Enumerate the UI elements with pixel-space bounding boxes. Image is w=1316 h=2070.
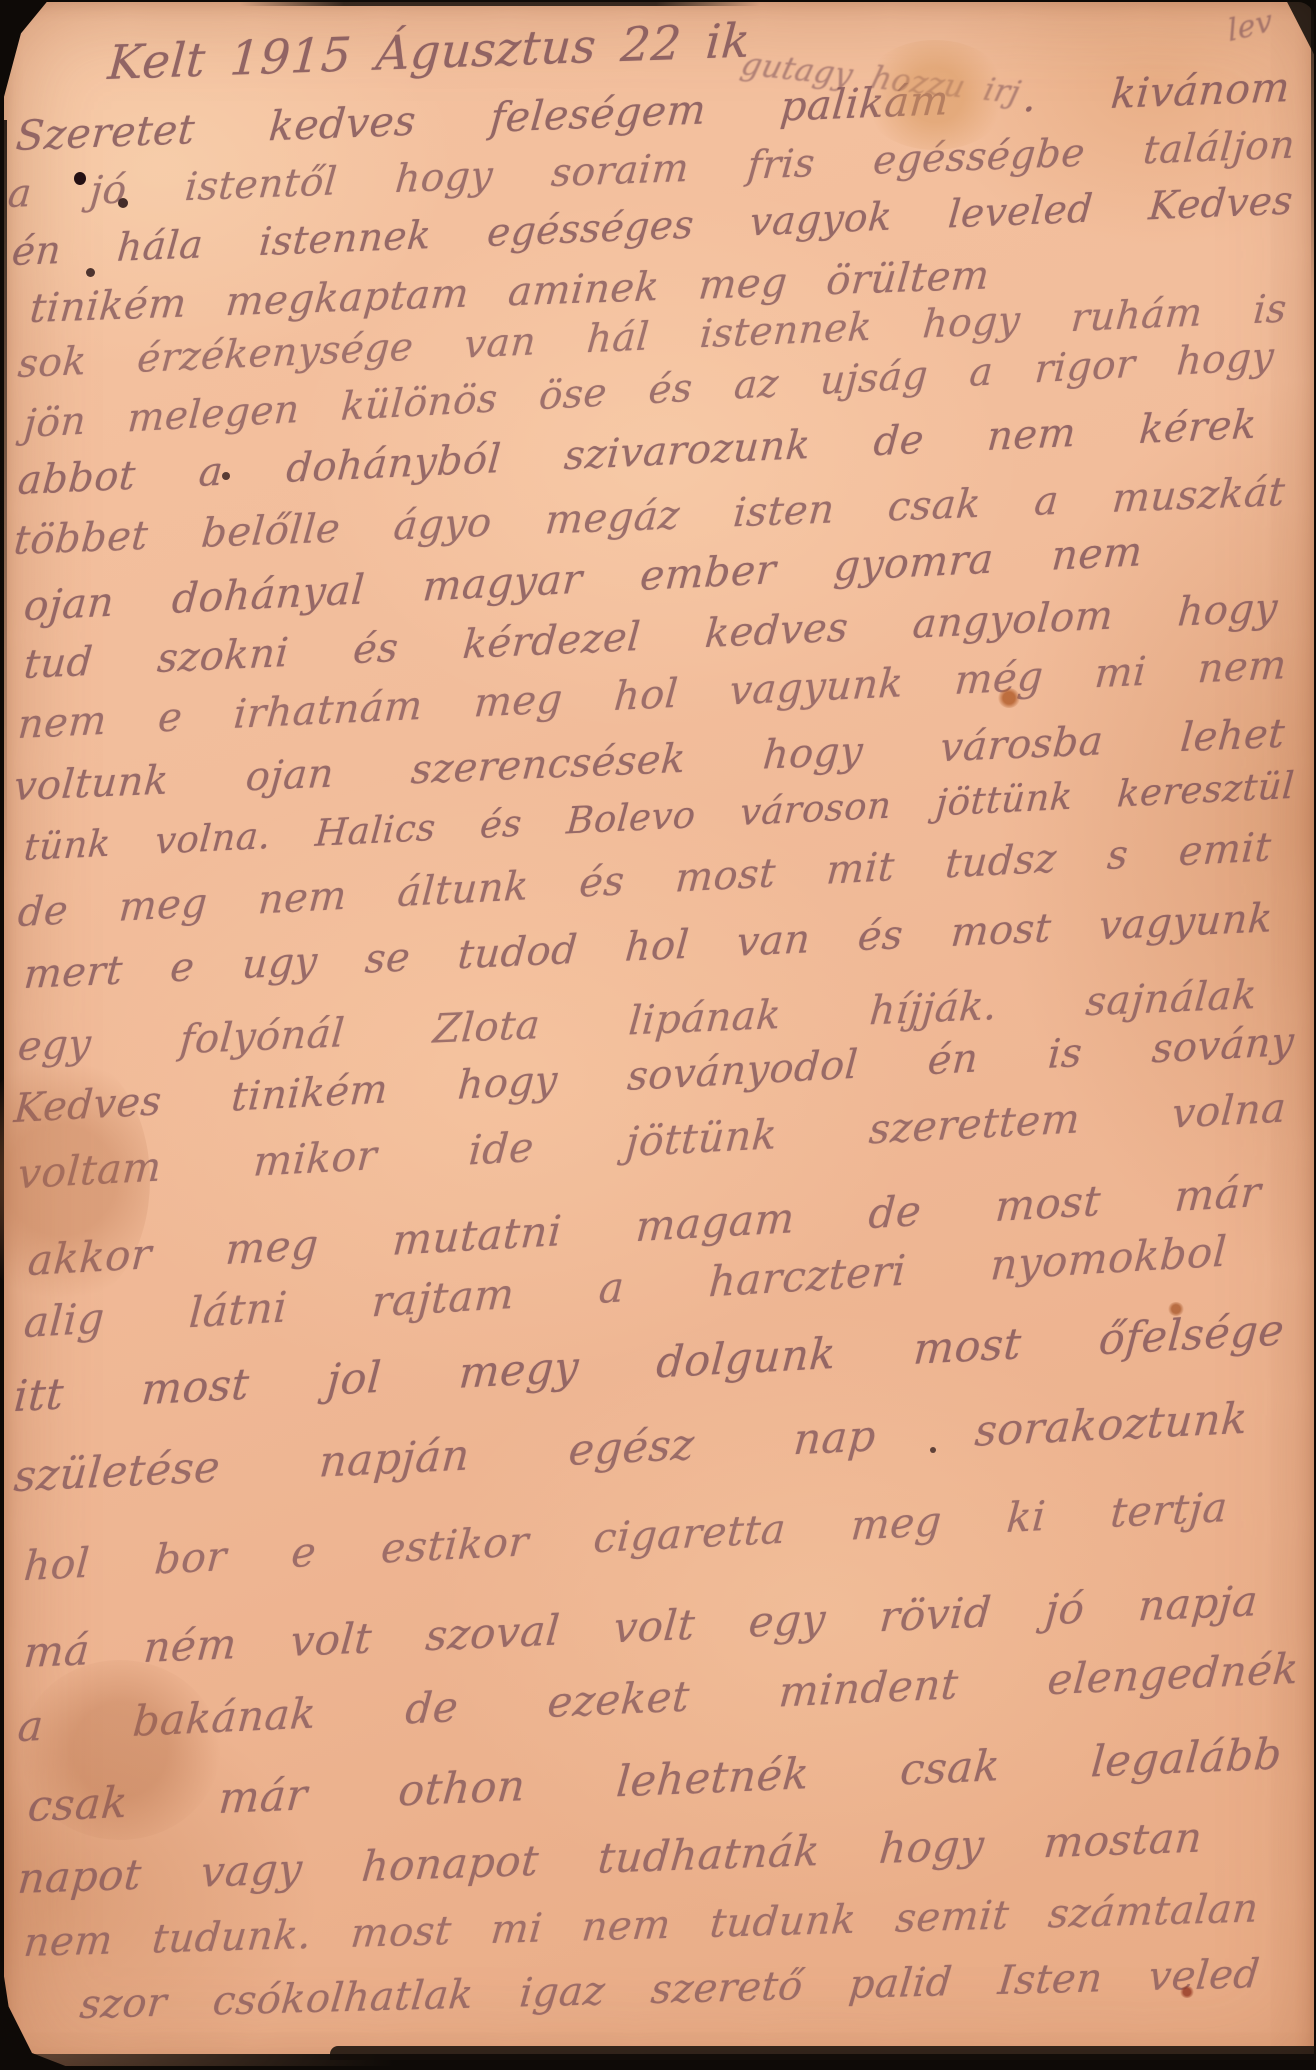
ink-blot (930, 1447, 936, 1453)
scan-edge-bottom-strip (330, 2046, 1316, 2060)
rust-stain (1180, 1986, 1194, 1998)
scanned-letter-page: Kelt 1915 Águsztus 22 ik gutagy hozzu ir… (0, 0, 1316, 2070)
rust-stain (1168, 1302, 1184, 1316)
paper-stain (20, 1660, 220, 1840)
ink-blot (222, 472, 230, 480)
paper-stain (860, 40, 1010, 150)
scan-edge-top (240, 0, 760, 6)
scan-edge-left (0, 120, 7, 880)
ink-blot (118, 198, 128, 208)
scan-edge-right (1311, 0, 1316, 300)
rust-stain (998, 688, 1020, 708)
ink-blot (86, 268, 95, 277)
ink-blot (74, 172, 86, 185)
